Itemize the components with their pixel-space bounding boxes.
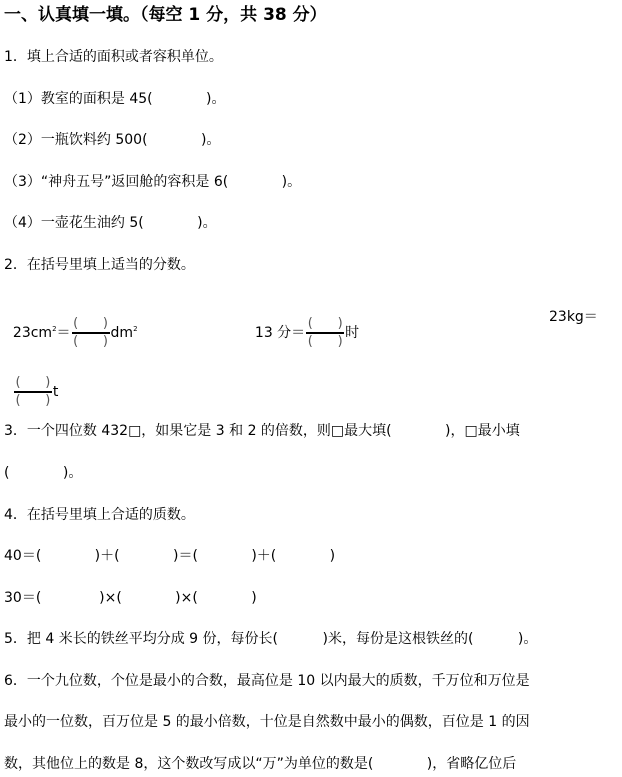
eq3-unit: t (53, 384, 59, 400)
eq2-unit: 时 (345, 325, 359, 341)
q1-prompt: 1．填上合适的面积或者容积单位。 (4, 48, 223, 66)
section-title: 一、认真填一填。（每空 1 分，共 38 分） (4, 6, 327, 24)
q2-eq2: 13 分＝( )( )时 (246, 298, 359, 350)
q2-prompt: 2．在括号里填上适当的分数。 (4, 256, 195, 274)
q3-line-1: 3．一个四位数 432□，如果它是 3 和 2 的倍数，则□最大填( )，□最小… (4, 422, 520, 440)
q2-eq3-right: ( )( )t (4, 357, 58, 409)
eq1-equals: ＝ (57, 325, 71, 341)
q4-eq-1: 40＝( )＋( )＝( )＋( ) (4, 547, 335, 565)
q4-eq-2: 30＝( )×( )×( ) (4, 589, 257, 607)
eq1-unit: dm (111, 325, 134, 341)
fraction-blank[interactable]: ( )( ) (72, 316, 110, 350)
q2-eq3-left: 23kg＝ (549, 308, 598, 326)
q1-item-4: （4）一壶花生油约 5( )。 (4, 214, 217, 232)
eq2-left: 13 分＝ (255, 325, 305, 341)
q6-line-2: 最小的一位数，百万位是 5 的最小倍数，十位是自然数中最小的偶数，百位是 1 的… (4, 713, 530, 731)
q6-line-1: 6．一个九位数，个位是最小的合数，最高位是 10 以内最大的质数，千万位和万位是 (4, 672, 530, 690)
q2-eq1: 23cm2＝( )( )dm2 (4, 298, 138, 350)
eq1-left: 23cm (13, 325, 52, 341)
q4-prompt: 4．在括号里填上合适的质数。 (4, 506, 195, 524)
fraction-blank[interactable]: ( )( ) (306, 316, 344, 350)
q3-line-2: ( )。 (4, 464, 82, 482)
q1-item-2: （2）一瓶饮料约 500( )。 (4, 131, 220, 149)
q5-text: 5．把 4 米长的铁丝平均分成 9 份，每份长( )米，每份是这根铁丝的( )。 (4, 630, 537, 648)
q1-item-3: （3）“神舟五号”返回舱的容积是 6( )。 (4, 173, 301, 191)
q1-item-1: （1）教室的面积是 45( )。 (4, 90, 226, 108)
q6-line-3: 数，其他位上的数是 8，这个数改写成以“万”为单位的数是( )，省略亿位后 (4, 755, 516, 773)
eq1-unit-sup: 2 (133, 325, 137, 333)
fraction-blank[interactable]: ( )( ) (14, 375, 52, 409)
